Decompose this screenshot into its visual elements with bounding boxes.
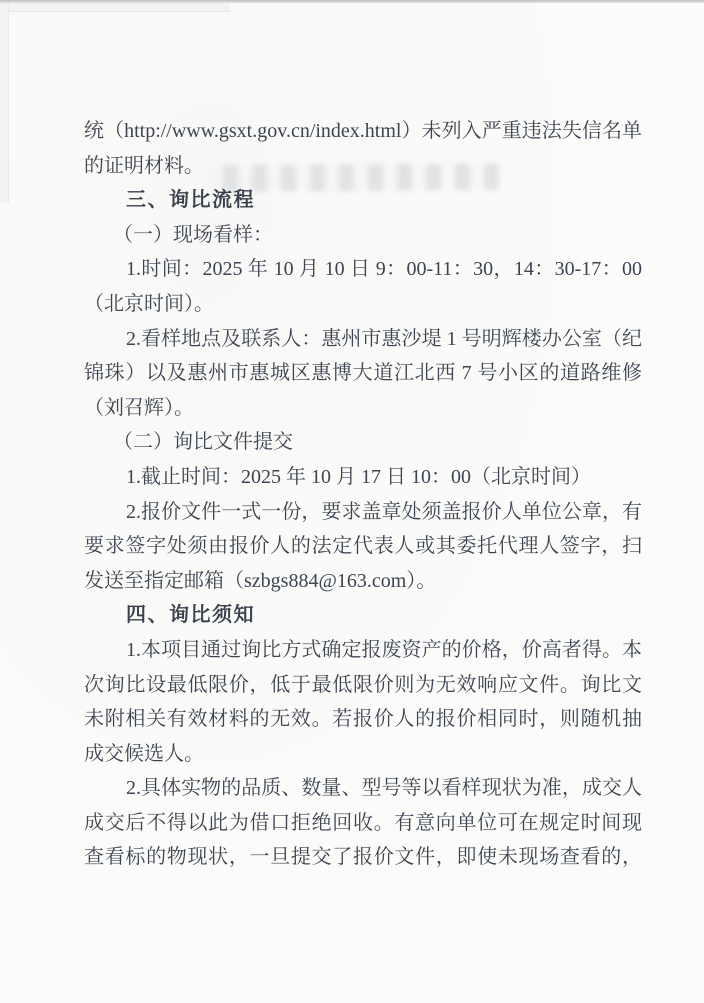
text-line: 1.本项目通过询比方式确定报废资产的价格，价高者得。本 xyxy=(84,633,642,668)
text-line: （二）询比文件提交 xyxy=(84,425,642,460)
text-line: （北京时间）。 xyxy=(84,287,642,322)
text-line: 锦珠）以及惠州市惠城区惠博大道江北西 7 号小区的道路维修处 xyxy=(84,356,642,391)
text-line: 2.报价文件一式一份，要求盖章处须盖报价人单位公章，有 xyxy=(84,495,642,530)
text-line: 1.时间：2025 年 10 月 10 日 9：00-11：30，14：30-1… xyxy=(84,252,642,287)
text-line: （刘召辉）。 xyxy=(84,391,642,426)
text-line: （一）现场看样： xyxy=(84,218,642,253)
text-line: 2.看样地点及联系人：惠州市惠沙堤 1 号明辉楼办公室（纪 xyxy=(84,322,642,357)
text-line: 的证明材料。 xyxy=(84,149,642,184)
text-line: 1.截止时间：2025 年 10 月 17 日 10：00（北京时间） xyxy=(84,460,642,495)
document-body: 统（http://www.gsxt.gov.cn/index.html）未列入严… xyxy=(84,114,642,875)
text-line: 成交候选人。 xyxy=(84,737,642,772)
text-line: 未附相关有效材料的无效。若报价人的报价相同时，则随机抽取 xyxy=(84,702,642,737)
scan-corner-left xyxy=(0,3,9,203)
text-line: 要求签字处须由报价人的法定代表人或其委托代理人签字，扫描 xyxy=(84,529,642,564)
document-page: 统（http://www.gsxt.gov.cn/index.html）未列入严… xyxy=(0,0,704,1003)
text-line: 查看标的物现状，一旦提交了报价文件，即使未现场查看的，视 xyxy=(84,840,642,875)
text-line: 2.具体实物的品质、数量、型号等以看样现状为准，成交人 xyxy=(84,771,642,806)
scan-corner-top xyxy=(0,3,230,12)
text-line: 发送至指定邮箱（szbgs884@163.com）。 xyxy=(84,564,642,599)
section-heading: 四、询比须知 xyxy=(84,598,642,633)
text-line: 次询比设最低限价，低于最低限价则为无效响应文件。询比文件 xyxy=(84,668,642,703)
text-line: 统（http://www.gsxt.gov.cn/index.html）未列入严… xyxy=(84,114,642,149)
section-heading: 三、询比流程 xyxy=(84,183,642,218)
text-line: 成交后不得以此为借口拒绝回收。有意向单位可在规定时间现场 xyxy=(84,806,642,841)
